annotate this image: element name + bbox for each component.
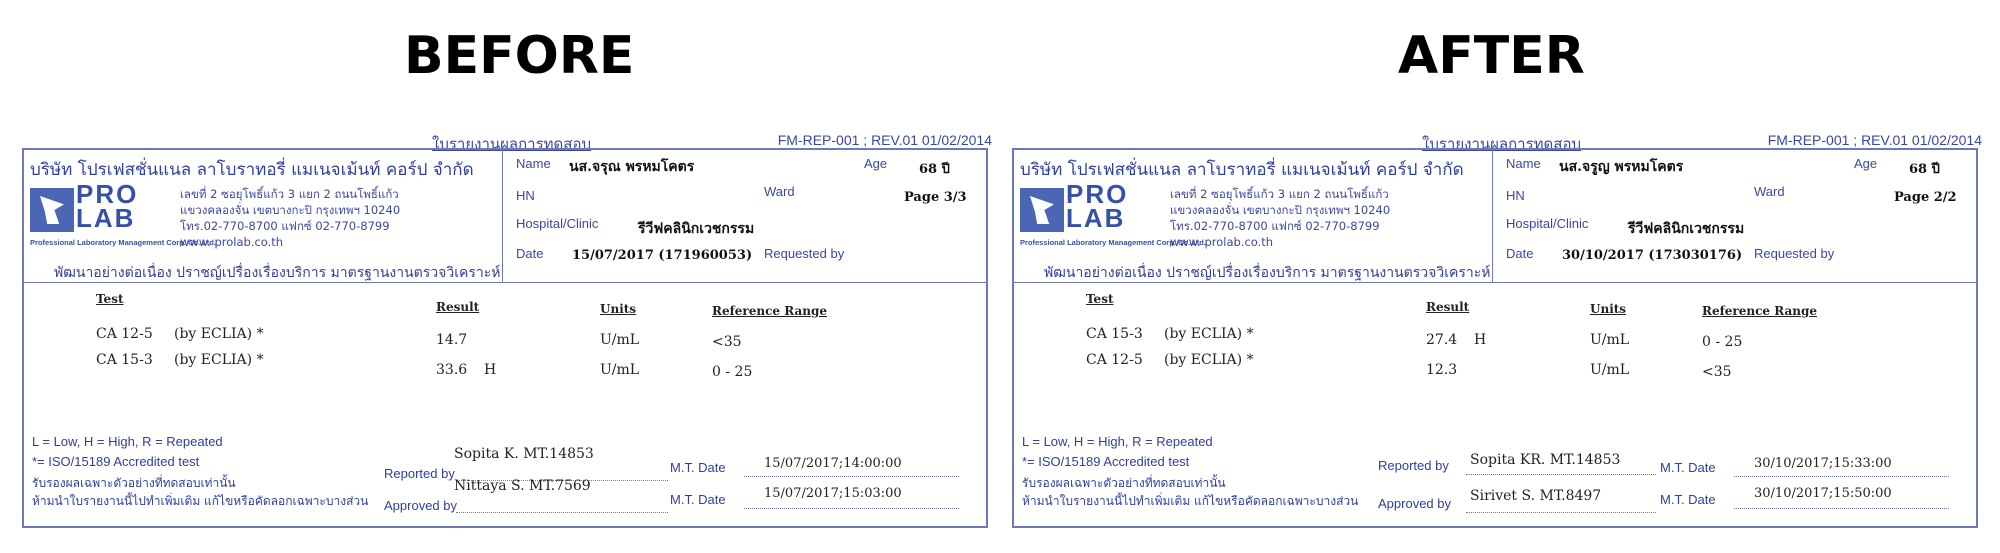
column-header-reference-range: Reference Range — [712, 304, 827, 318]
flag-legend: L = Low, H = High, R = Repeated — [32, 434, 223, 449]
logo-text-lab: LAB — [1066, 206, 1128, 230]
patient-age: 68 ปี — [1909, 158, 1940, 179]
column-header-test: Test — [96, 292, 124, 306]
company-address: เลขที่ 2 ซอยุโพธิ์แก้ว 3 แยก 2 ถนนโพธิ์แ… — [1170, 186, 1390, 250]
hospital-name: รีวีฟคลินิกเวชกรรม — [638, 218, 754, 240]
reported-by-label: Reported by — [384, 466, 455, 481]
reference-range: 0 - 25 — [712, 364, 752, 380]
test-name: CA 12-5 — [96, 326, 153, 342]
name-label: Name — [1506, 156, 1541, 171]
microscope-logo-icon — [1020, 188, 1064, 232]
test-result: 14.7 — [436, 332, 467, 348]
column-header-units: Units — [1590, 302, 1626, 316]
report-date: 30/10/2017 (173030176) — [1562, 248, 1742, 263]
report-date: 15/07/2017 (171960053) — [572, 248, 752, 263]
name-label: Name — [516, 156, 551, 171]
patient-name: นส.จรูญ พรหมโคตร — [1559, 156, 1683, 178]
reported-date-line — [1734, 476, 1949, 477]
header-column-divider — [502, 150, 503, 282]
iso-accreditation-note: *= ISO/15189 Accredited test — [32, 454, 199, 469]
reported-mt-date-label: M.T. Date — [670, 460, 726, 475]
test-method: (by ECLIA) * — [1164, 326, 1254, 342]
requested-by-label: Requested by — [764, 246, 844, 261]
approved-date-line — [744, 508, 959, 509]
company-address: เลขที่ 2 ซอยุโพธิ์แก้ว 3 แยก 2 ถนนโพธิ์แ… — [180, 186, 400, 250]
reported-date-line — [744, 476, 959, 477]
prolab-logo: PRO LAB Professional Laboratory Manageme… — [30, 186, 172, 252]
company-motto: พัฒนาอย่างต่อเนื่อง ปราชญ์เปรื่องเรื่องบ… — [54, 262, 501, 284]
copy-restriction-note: ห้ามนำใบรายงานนี้ไปทำเพิ่มเติม แก้ไขหรือ… — [1022, 492, 1358, 511]
approved-by-line — [1466, 512, 1656, 513]
form-code: FM-REP-001 ; REV.01 01/02/2014 — [778, 132, 992, 148]
column-header-result: Result — [1426, 300, 1469, 314]
form-code: FM-REP-001 ; REV.01 01/02/2014 — [1768, 132, 1982, 148]
reported-by-line — [1466, 474, 1656, 475]
company-motto: พัฒนาอย่างต่อเนื่อง ปราชญ์เปรื่องเรื่องบ… — [1044, 262, 1491, 284]
approved-by-value: Sirivet S. MT.8497 — [1470, 488, 1601, 504]
test-result: 33.6 — [436, 362, 467, 378]
date-label: Date — [516, 246, 543, 261]
approved-by-value: Nittaya S. MT.7569 — [454, 478, 591, 494]
report-frame: บริษัท โปรเฟสชั่นแนล ลาโบราทอรี่ แมเนจเม… — [22, 148, 988, 528]
hn-label: HN — [516, 188, 535, 203]
test-name: CA 12-5 — [1086, 352, 1143, 368]
reported-mt-date: 15/07/2017;14:00:00 — [764, 456, 902, 471]
prolab-logo: PRO LAB Professional Laboratory Manageme… — [1020, 186, 1162, 252]
test-result: 12.3 — [1426, 362, 1457, 378]
result-disclaimer: รับรองผลเฉพาะตัวอย่างที่ทดสอบเท่านั้น — [1022, 474, 1226, 493]
company-phone: โทร.02-770-8700 แฟกซ์ 02-770-8799 — [180, 218, 400, 234]
company-website: www. prolab.co.th — [180, 234, 400, 250]
company-website: www. prolab.co.th — [1170, 234, 1390, 250]
address-line-2: แขวงคลองจั่น เขตบางกะปิ กรุงเทพฯ 10240 — [180, 202, 400, 218]
hospital-name: รีวีฟคลินิกเวชกรรม — [1628, 218, 1744, 240]
result-disclaimer: รับรองผลเฉพาะตัวอย่างที่ทดสอบเท่านั้น — [32, 474, 236, 493]
reported-mt-date-label: M.T. Date — [1660, 460, 1716, 475]
column-header-reference-range: Reference Range — [1702, 304, 1817, 318]
microscope-logo-icon — [30, 188, 74, 232]
reference-range: <35 — [1702, 364, 1732, 380]
reported-by-label: Reported by — [1378, 458, 1449, 473]
ward-label: Ward — [1754, 184, 1785, 199]
test-units: U/mL — [600, 332, 639, 348]
column-header-result: Result — [436, 300, 479, 314]
before-heading: BEFORE — [404, 26, 634, 86]
hospital-label: Hospital/Clinic — [516, 216, 598, 231]
age-label: Age — [864, 156, 887, 171]
company-phone: โทร.02-770-8700 แฟกซ์ 02-770-8799 — [1170, 218, 1390, 234]
reported-by-value: Sopita KR. MT.14853 — [1470, 452, 1620, 468]
test-method: (by ECLIA) * — [1164, 352, 1254, 368]
approved-by-label: Approved by — [1378, 496, 1451, 511]
approved-mt-date-label: M.T. Date — [1660, 492, 1716, 507]
test-result: 27.4 — [1426, 332, 1457, 348]
test-units: U/mL — [1590, 332, 1629, 348]
approved-by-line — [456, 512, 668, 513]
reported-mt-date: 30/10/2017;15:33:00 — [1754, 456, 1892, 471]
approved-mt-date-label: M.T. Date — [670, 492, 726, 507]
test-method: (by ECLIA) * — [174, 352, 264, 368]
test-name: CA 15-3 — [1086, 326, 1143, 342]
approved-date-line — [1734, 508, 1949, 509]
column-header-units: Units — [600, 302, 636, 316]
result-flag: H — [484, 362, 496, 378]
address-line-2: แขวงคลองจั่น เขตบางกะปิ กรุงเทพฯ 10240 — [1170, 202, 1390, 218]
after-heading: AFTER — [1398, 26, 1585, 86]
approved-by-label: Approved by — [384, 498, 457, 513]
test-name: CA 15-3 — [96, 352, 153, 368]
report-frame: บริษัท โปรเฟสชั่นแนล ลาโบราทอรี่ แมเนจเม… — [1012, 148, 1978, 528]
ward-label: Ward — [764, 184, 795, 199]
column-header-test: Test — [1086, 292, 1114, 306]
copy-restriction-note: ห้ามนำใบรายงานนี้ไปทำเพิ่มเติม แก้ไขหรือ… — [32, 492, 368, 511]
page-number: Page 3/3 — [904, 190, 967, 205]
patient-age: 68 ปี — [919, 158, 950, 179]
test-method: (by ECLIA) * — [174, 326, 264, 342]
date-label: Date — [1506, 246, 1533, 261]
header-column-divider — [1492, 150, 1493, 282]
hospital-label: Hospital/Clinic — [1506, 216, 1588, 231]
age-label: Age — [1854, 156, 1877, 171]
reference-range: 0 - 25 — [1702, 334, 1742, 350]
flag-legend: L = Low, H = High, R = Repeated — [1022, 434, 1213, 449]
logo-wordmark: PRO LAB — [76, 182, 138, 230]
requested-by-label: Requested by — [1754, 246, 1834, 261]
approved-mt-date: 30/10/2017;15:50:00 — [1754, 486, 1892, 501]
hn-label: HN — [1506, 188, 1525, 203]
patient-name: นส.จรุณ พรหมโคตร — [569, 156, 694, 178]
page-number: Page 2/2 — [1894, 190, 1957, 205]
lab-report-after: ใบรายงานผลการทดสอบ FM-REP-001 ; REV.01 0… — [1012, 128, 1982, 533]
approved-mt-date: 15/07/2017;15:03:00 — [764, 486, 902, 501]
iso-accreditation-note: *= ISO/15189 Accredited test — [1022, 454, 1189, 469]
address-line-1: เลขที่ 2 ซอยุโพธิ์แก้ว 3 แยก 2 ถนนโพธิ์แ… — [180, 186, 400, 202]
test-units: U/mL — [1590, 362, 1629, 378]
lab-report-before: ใบรายงานผลการทดสอบ FM-REP-001 ; REV.01 0… — [22, 128, 992, 533]
result-flag: H — [1474, 332, 1486, 348]
address-line-1: เลขที่ 2 ซอยุโพธิ์แก้ว 3 แยก 2 ถนนโพธิ์แ… — [1170, 186, 1390, 202]
test-units: U/mL — [600, 362, 639, 378]
reported-by-value: Sopita K. MT.14853 — [454, 446, 594, 462]
reference-range: <35 — [712, 334, 742, 350]
logo-text-lab: LAB — [76, 206, 138, 230]
logo-wordmark: PRO LAB — [1066, 182, 1128, 230]
